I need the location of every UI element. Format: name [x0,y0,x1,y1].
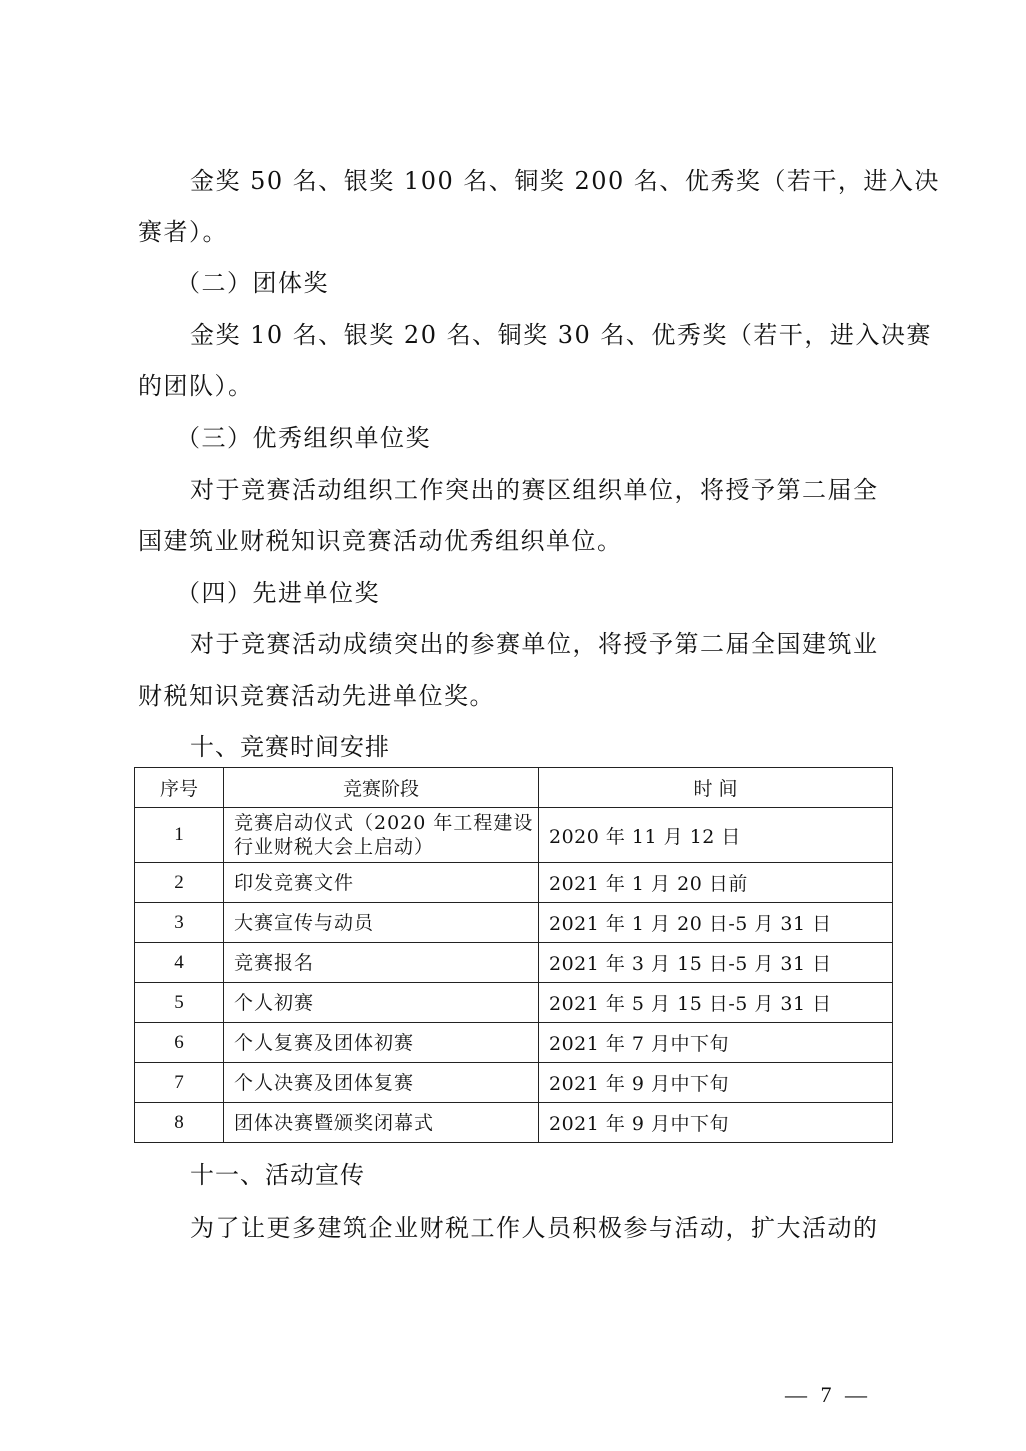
row-stage: 个人复赛及团体初赛 [224,1023,539,1063]
row-index: 4 [135,943,224,983]
table-row: 5 个人初赛 2021 年 5 月 15 日-5 月 31 日 [135,983,893,1023]
row-stage-line2: 行业财税大会上启动） [234,835,538,859]
team-award-text-cont: 的团队）。 [138,371,254,401]
row-index: 8 [135,1103,224,1143]
row-index: 3 [135,903,224,943]
row-stage: 个人初赛 [224,983,539,1023]
row-stage: 团体决赛暨颁奖闭幕式 [224,1103,539,1143]
row-stage: 竞赛启动仪式（2020 年工程建设 行业财税大会上启动） [224,808,539,863]
advanced-unit-text: 对于竞赛活动成绩突出的参赛单位，将授予第二届全国建筑业 [190,629,879,659]
row-stage-line1: 竞赛启动仪式（2020 年工程建设 [234,811,538,835]
row-time: 2021 年 1 月 20 日-5 月 31 日 [539,903,893,943]
table-row: 1 竞赛启动仪式（2020 年工程建设 行业财税大会上启动） 2020 年 11… [135,808,893,863]
header-time: 时 间 [539,768,893,808]
subheading-advanced-unit-award: （四）先进单位奖 [176,578,380,608]
section-heading-publicity: 十一、活动宣传 [190,1160,365,1190]
subheading-org-award: （三）优秀组织单位奖 [176,423,431,453]
row-time: 2021 年 3 月 15 日-5 月 31 日 [539,943,893,983]
row-time: 2020 年 11 月 12 日 [539,808,893,863]
page-number: — 7 — [785,1382,871,1408]
row-index: 7 [135,1063,224,1103]
org-award-text-cont: 国建筑业财税知识竞赛活动优秀组织单位。 [138,526,623,556]
subheading-team-award: （二）团体奖 [176,268,329,298]
team-award-text: 金奖 10 名、银奖 20 名、铜奖 30 名、优秀奖（若干，进入决赛 [190,320,932,350]
row-time: 2021 年 9 月中下旬 [539,1063,893,1103]
row-index: 1 [135,808,224,863]
schedule-table: 序号 竞赛阶段 时 间 1 竞赛启动仪式（2020 年工程建设 行业财税大会上启… [134,767,893,1143]
table-row: 6 个人复赛及团体初赛 2021 年 7 月中下旬 [135,1023,893,1063]
publicity-text: 为了让更多建筑企业财税工作人员积极参与活动，扩大活动的 [190,1213,879,1243]
individual-award-text-cont: 赛者）。 [138,217,228,247]
header-index: 序号 [135,768,224,808]
row-index: 5 [135,983,224,1023]
header-stage: 竞赛阶段 [224,768,539,808]
table-row: 2 印发竞赛文件 2021 年 1 月 20 日前 [135,863,893,903]
advanced-unit-text-cont: 财税知识竞赛活动先进单位奖。 [138,681,495,711]
org-award-text: 对于竞赛活动组织工作突出的赛区组织单位，将授予第二届全 [190,475,879,505]
table-row: 8 团体决赛暨颁奖闭幕式 2021 年 9 月中下旬 [135,1103,893,1143]
row-index: 6 [135,1023,224,1063]
section-heading-schedule: 十、竞赛时间安排 [190,732,390,762]
table-row: 3 大赛宣传与动员 2021 年 1 月 20 日-5 月 31 日 [135,903,893,943]
individual-award-text: 金奖 50 名、银奖 100 名、铜奖 200 名、优秀奖（若干，进入决 [190,166,940,196]
row-time: 2021 年 1 月 20 日前 [539,863,893,903]
row-stage: 印发竞赛文件 [224,863,539,903]
table-row: 7 个人决赛及团体复赛 2021 年 9 月中下旬 [135,1063,893,1103]
table-row: 4 竞赛报名 2021 年 3 月 15 日-5 月 31 日 [135,943,893,983]
row-stage: 大赛宣传与动员 [224,903,539,943]
row-time: 2021 年 7 月中下旬 [539,1023,893,1063]
row-stage: 竞赛报名 [224,943,539,983]
row-time: 2021 年 5 月 15 日-5 月 31 日 [539,983,893,1023]
row-stage: 个人决赛及团体复赛 [224,1063,539,1103]
row-index: 2 [135,863,224,903]
row-time: 2021 年 9 月中下旬 [539,1103,893,1143]
table-header-row: 序号 竞赛阶段 时 间 [135,768,893,808]
